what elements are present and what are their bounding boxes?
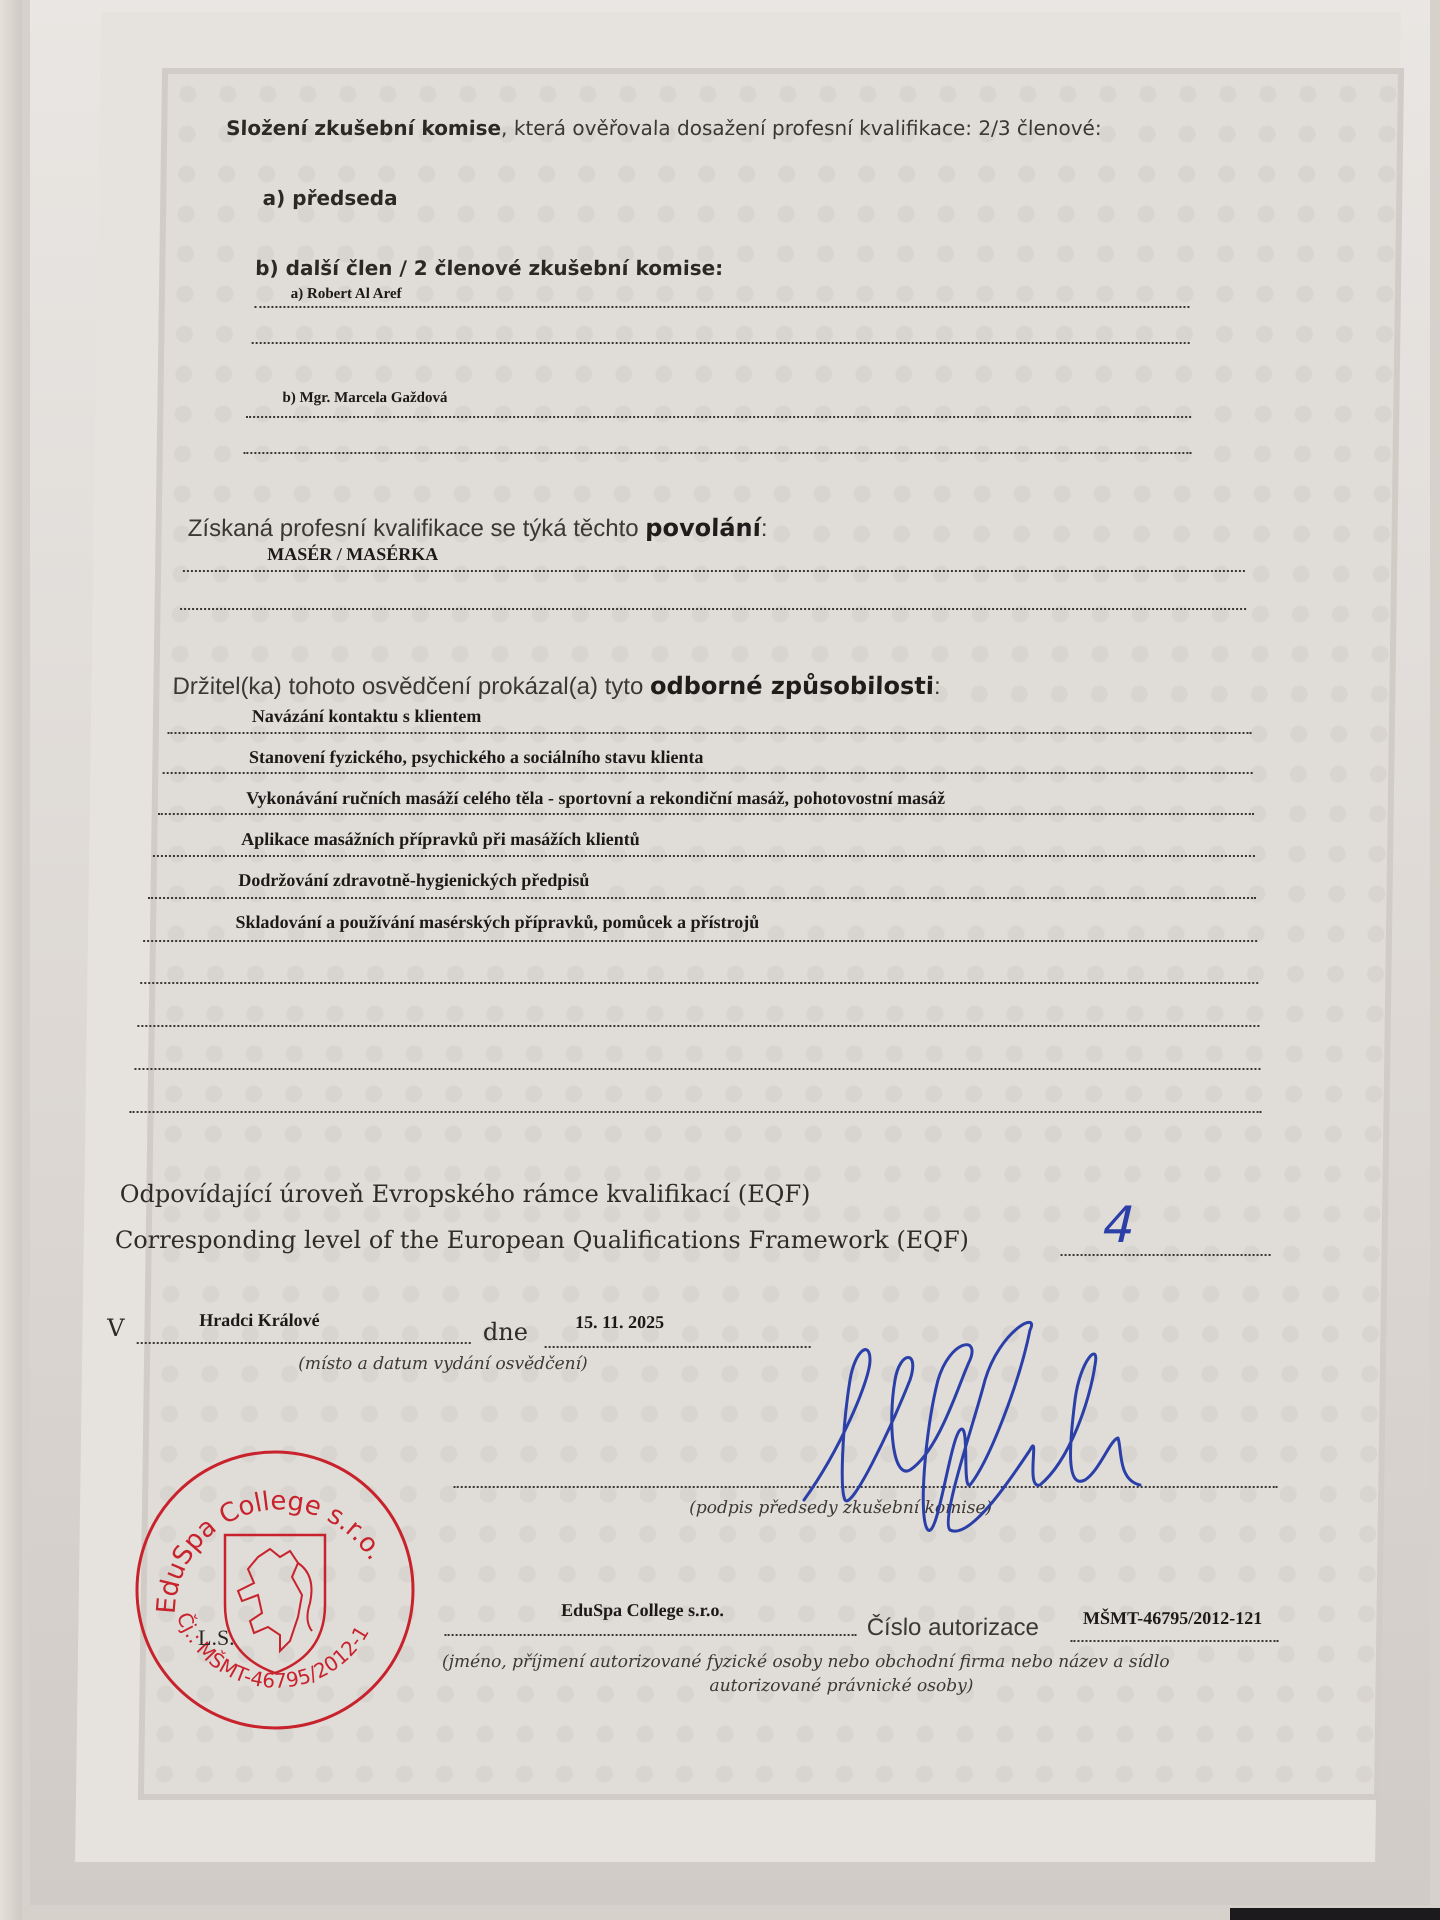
member-b: b) Mgr. Marcela Gaždová [282,390,447,407]
eqf-line-cz: Odpovídající úroveň Evropského rámce kva… [120,1180,811,1208]
member-a: a) Robert Al Aref [291,286,402,303]
chair-signature [800,1320,1240,1560]
blank-line [134,1068,1260,1070]
member-a-line [254,306,1189,308]
place-prefix: V [107,1314,125,1342]
member-b-line-2 [243,452,1191,454]
competency-line [143,940,1257,942]
competencies-suffix: : [934,673,941,700]
competency-line [163,772,1253,774]
competency-item: Dodržování zdravotně-hygienických předpi… [238,870,589,891]
competencies-prefix: Držitel(ka) tohoto osvědčení prokázal(a)… [172,673,650,700]
place-line [137,1342,471,1344]
date-line [545,1346,811,1348]
competency-item: Aplikace masážních přípravků při masážíc… [241,829,640,850]
eqf-level-handwritten: 4 [1096,1196,1141,1254]
occupation-suffix: : [761,515,768,542]
members-label: b) další člen / 2 členové zkušební komis… [255,256,723,280]
place-date-caption: (místo a datum vydání osvědčení) [298,1354,588,1374]
competency-item: Skladování a používání masérských přípra… [235,912,759,933]
authorization-number: MŠMT-46795/2012-121 [1083,1608,1263,1629]
competency-line [153,855,1255,857]
committee-heading: Složení zkušební komise, která ověřovala… [226,116,1102,140]
occupation-heading: Získaná profesní kvalifikace se týká těc… [187,514,767,543]
authorization-caption-1: (jméno, příjmení autorizované fyzické os… [442,1652,1170,1672]
chair-label: a) předseda [262,186,397,210]
occupation-value: MASÉR / MASÉRKA [267,544,438,565]
blank-line [130,1111,1262,1113]
authorization-number-label: Číslo autorizace [866,1614,1039,1642]
occupation-prefix: Získaná profesní kvalifikace se týká těc… [187,515,645,542]
committee-heading-bold: Složení zkušební komise [226,116,501,140]
ls-label: L.S. [198,1625,235,1650]
occupation-bold: povolání [645,514,761,542]
competencies-bold: odborné způsobilosti [650,672,935,700]
blank-line [137,1025,1259,1027]
occupation-line-2 [180,608,1246,610]
official-stamp: EduSpa College s.r.o. Čj.: MŠMT-46795/20… [130,1445,420,1735]
authorization-caption-2: autorizované právnické osoby) [709,1676,973,1696]
issue-date: 15. 11. 2025 [575,1312,664,1333]
entity-line [445,1634,857,1636]
blank-line [140,982,1258,984]
competencies-heading: Držitel(ka) tohoto osvědčení prokázal(a)… [172,672,941,701]
competency-item: Stanovení fyzického, psychického a sociá… [249,747,704,768]
member-b-line [246,416,1191,418]
member-a-line-2 [252,342,1190,344]
committee-heading-rest: , která ověřovala dosažení profesní kval… [501,116,1102,140]
occupation-line [183,570,1245,572]
eqf-line-en: Corresponding level of the European Qual… [115,1226,970,1254]
czech-lion-coat-of-arms-icon [225,1535,325,1673]
competency-item: Vykonávání ručních masáží celého těla - … [246,788,945,809]
competency-line [148,897,1256,899]
issue-place: Hradci Králové [199,1310,320,1331]
eqf-level-line [1061,1254,1271,1256]
authorized-entity: EduSpa College s.r.o. [561,1600,724,1621]
date-prefix: dne [483,1318,529,1346]
competency-line [158,813,1254,815]
competency-line [167,732,1251,734]
competency-item: Navázání kontaktu s klientem [252,706,482,727]
authorization-number-line [1070,1640,1278,1642]
